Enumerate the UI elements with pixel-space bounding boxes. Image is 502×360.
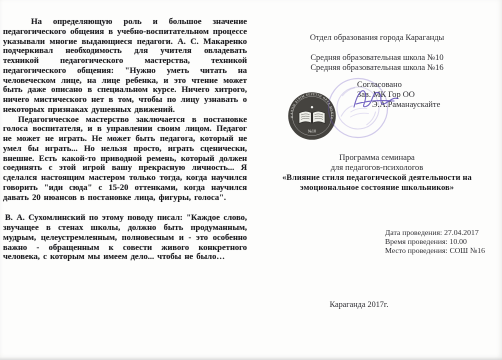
school-line-10: Средняя образовательная школа №10 (252, 53, 502, 63)
quote-paragraph-makarenko: На определяющую роль и большое значение … (3, 17, 247, 115)
quote-paragraph-sukhomlinsky: В. А. Сухомлинский по этому поводу писал… (3, 213, 247, 262)
program-line1: Программа семинара (252, 153, 502, 163)
school-list: Средняя образовательная школа №10 Средня… (252, 53, 502, 72)
document-page: На определяющую роль и большое значение … (0, 0, 502, 360)
quotes-column: На определяющую роль и большое значение … (3, 17, 247, 262)
seminar-title: «Влияние стиля педагогической деятельнос… (278, 173, 476, 193)
event-time: Время проведения: 10.00 (385, 237, 485, 246)
event-details: Дата проведения: 27.04.2017 Время провед… (385, 228, 485, 256)
signature-stroke (350, 85, 408, 115)
seal-number: №10 (308, 129, 316, 134)
program-block: Программа семинара для педагогов-психоло… (252, 153, 502, 193)
school-line-16: Средняя образовательная школа №16 (252, 63, 502, 73)
footer-city-year: Караганда 2017г. (234, 300, 484, 309)
event-place: Место проведения: СОШ №16 (385, 246, 485, 255)
quote-paragraph-mastery: Педагогическое мастерство заключается в … (3, 115, 247, 203)
program-line2: для педагогов-психологов (252, 163, 502, 173)
event-date: Дата проведения: 27.04.2017 (385, 228, 485, 237)
department-title: Отдел образования города Караганды (252, 33, 502, 42)
